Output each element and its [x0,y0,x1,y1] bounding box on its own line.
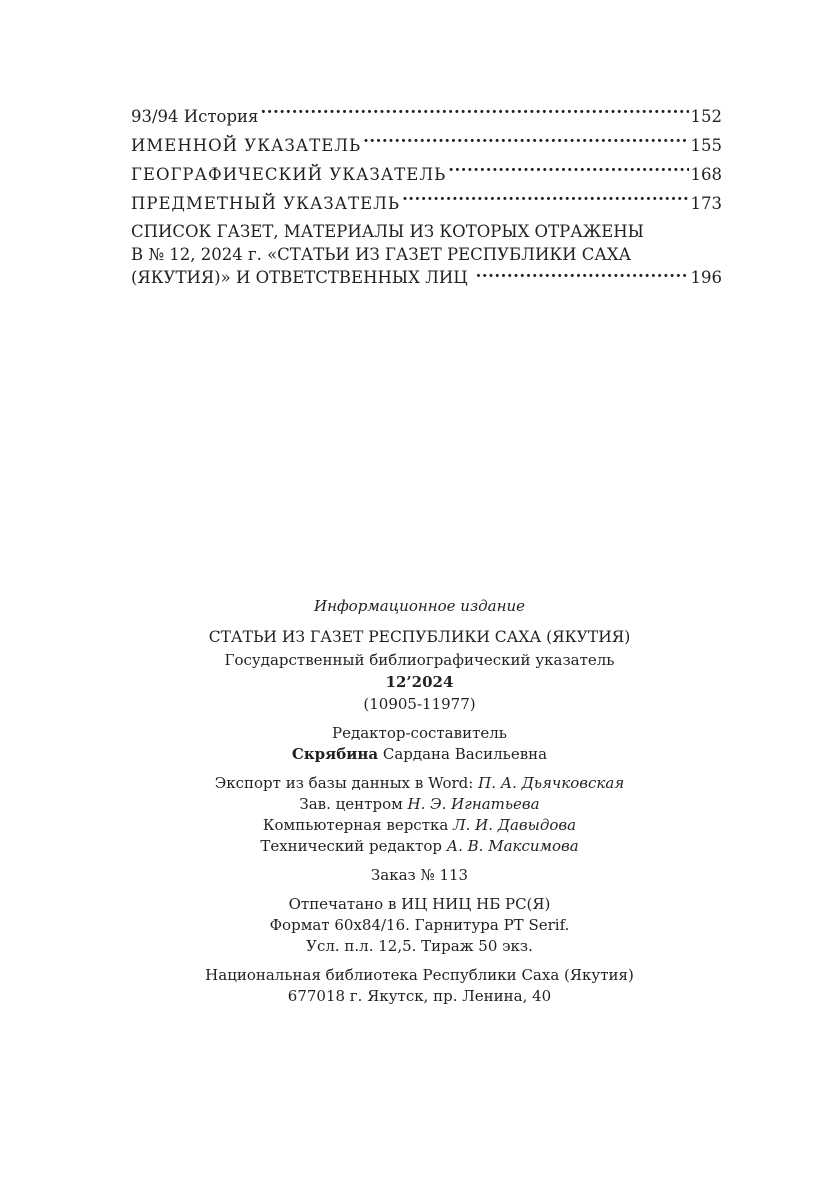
toc-entry[interactable]: 93/94 История 152 [131,102,722,131]
dot-leader [402,193,688,210]
credit-person: А. В. Максимова [447,837,579,855]
credit-role: Компьютерная верстка [263,816,448,834]
toc-entry-title-line: СПИСОК ГАЗЕТ, МАТЕРИАЛЫ ИЗ КОТОРЫХ ОТРАЖ… [131,220,722,243]
dot-leader [448,164,688,181]
credit-role: Технический редактор [260,837,442,855]
dot-leader [260,106,688,123]
print-info-line: Формат 60x84/16. Гарнитура PT Serif. [0,915,839,936]
toc-entry-page: 168 [691,160,723,189]
toc-entry-page: 173 [691,189,723,218]
credit-line: Компьютерная верстка Л. И. Давыдова [0,815,839,836]
publisher-address: 677018 г. Якутск, пр. Ленина, 40 [0,986,839,1007]
credit-line: Экспорт из базы данных в Word: П. А. Дья… [0,773,839,794]
credit-line: Технический редактор А. В. Максимова [0,836,839,857]
toc-entry-title: 93/94 История [131,102,258,131]
publication-title: СТАТЬИ ИЗ ГАЗЕТ РЕСПУБЛИКИ САХА (ЯКУТИЯ) [0,625,839,649]
table-of-contents: 93/94 История 152 ИМЕННОЙ УКАЗАТЕЛЬ 155 … [131,102,722,289]
credit-role: Зав. центром [299,795,402,813]
toc-entry-title: ПРЕДМЕТНЫЙ УКАЗАТЕЛЬ [131,189,400,218]
print-info-line: Отпечатано в ИЦ НИЦ НБ РС(Я) [0,894,839,915]
credit-person: Л. И. Давыдова [453,816,576,834]
credit-role: Экспорт из базы данных в Word: [215,774,474,792]
editor-role: Редактор-составитель [0,723,839,744]
credit-person: Н. Э. Игнатьева [408,795,540,813]
imprint-block: Информационное издание СТАТЬИ ИЗ ГАЗЕТ Р… [0,596,839,1007]
toc-entry[interactable]: ГЕОГРАФИЧЕСКИЙ УКАЗАТЕЛЬ 168 [131,160,722,189]
credit-person: П. А. Дьячковская [478,774,624,792]
toc-entry-multiline[interactable]: СПИСОК ГАЗЕТ, МАТЕРИАЛЫ ИЗ КОТОРЫХ ОТРАЖ… [131,220,722,289]
credit-line: Зав. центром Н. Э. Игнатьева [0,794,839,815]
publication-subtitle: Государственный библиографический указат… [0,649,839,671]
toc-entry-page: 196 [691,266,723,289]
order-number: Заказ № 113 [0,865,839,886]
toc-entry[interactable]: ИМЕННОЙ УКАЗАТЕЛЬ 155 [131,131,722,160]
toc-entry-page: 152 [691,102,723,131]
editor-name: Сардана Васильевна [383,745,547,763]
entry-range: (10905-11977) [0,693,839,715]
dot-leader [363,135,688,152]
editor-surname: Скрябина [292,745,378,763]
issue-number: 12’2024 [0,671,839,693]
editor-name-line: Скрябина Сардана Васильевна [0,744,839,765]
toc-entry-page: 155 [691,131,723,160]
edition-type: Информационное издание [0,596,839,617]
toc-entry-title-line: (ЯКУТИЯ)» И ОТВЕТСТВЕННЫХ ЛИЦ [131,266,468,289]
dot-leader [476,267,689,284]
print-info-line: Усл. п.л. 12,5. Тираж 50 экз. [0,936,839,957]
toc-entry-title-line: В № 12, 2024 г. «СТАТЬИ ИЗ ГАЗЕТ РЕСПУБЛ… [131,243,722,266]
publisher-name: Национальная библиотека Республики Саха … [0,965,839,986]
toc-entry[interactable]: ПРЕДМЕТНЫЙ УКАЗАТЕЛЬ 173 [131,189,722,218]
toc-entry-title: ГЕОГРАФИЧЕСКИЙ УКАЗАТЕЛЬ [131,160,446,189]
toc-entry-title: ИМЕННОЙ УКАЗАТЕЛЬ [131,131,361,160]
